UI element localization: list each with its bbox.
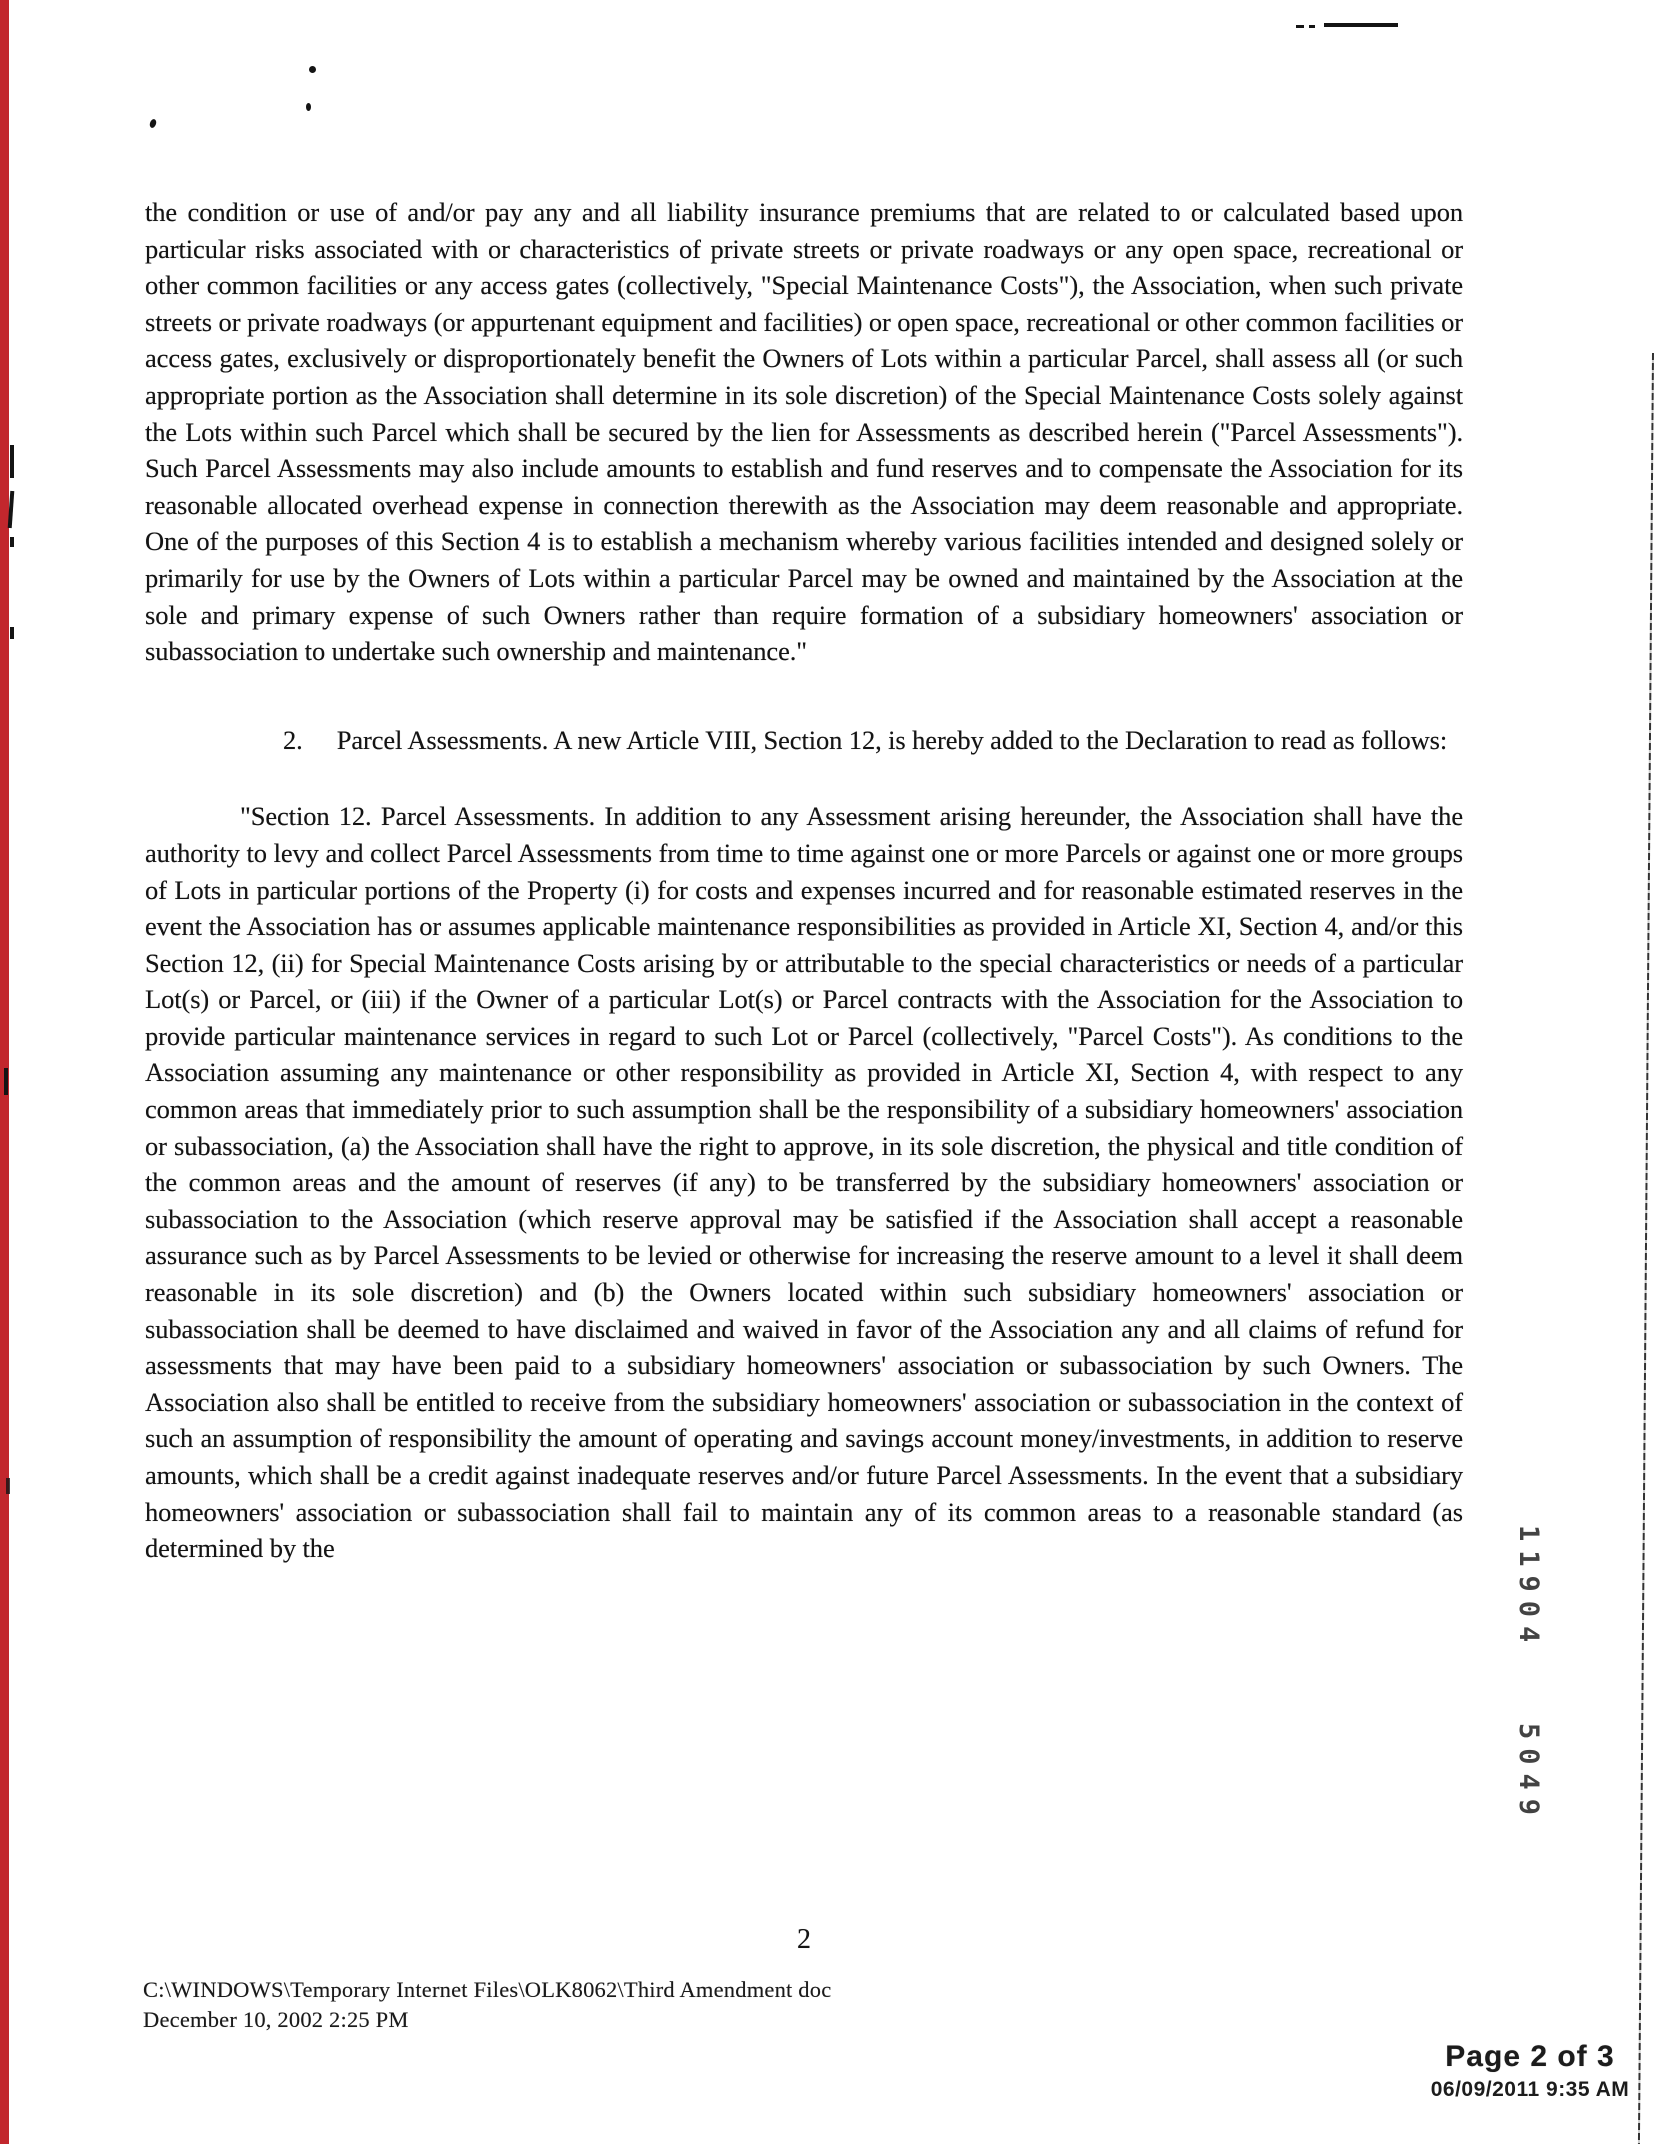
item-number: 2. bbox=[283, 725, 303, 755]
margin-tick bbox=[10, 445, 14, 478]
margin-tick bbox=[10, 627, 14, 639]
right-edge-line bbox=[1638, 353, 1654, 2144]
margin-tick bbox=[4, 1068, 8, 1095]
recorder-stamp-top: 11904 bbox=[1513, 1525, 1544, 1651]
print-stamp: Page 2 of 3 06/09/2011 9:35 AM bbox=[1410, 2040, 1650, 2102]
margin-tick bbox=[10, 537, 14, 547]
print-stamp-datetime: 06/09/2011 9:35 AM bbox=[1410, 2078, 1650, 2102]
scan-dash bbox=[1309, 25, 1315, 28]
scan-dash bbox=[1296, 25, 1304, 28]
scan-speck bbox=[149, 118, 158, 129]
scan-speck bbox=[306, 103, 311, 111]
print-stamp-page-label: Page 2 of 3 bbox=[1410, 2040, 1650, 2074]
item-text: Parcel Assessments. A new Article VIII, … bbox=[337, 725, 1447, 755]
scanned-document-page: the condition or use of and/or pay any a… bbox=[0, 0, 1664, 2144]
document-body: the condition or use of and/or pay any a… bbox=[145, 194, 1463, 1567]
paragraph-section-12: "Section 12. Parcel Assessments. In addi… bbox=[145, 798, 1463, 1566]
margin-tick bbox=[6, 1478, 10, 1494]
footer-saved-datetime: December 10, 2002 2:25 PM bbox=[143, 2007, 409, 2033]
footer-file-path: C:\WINDOWS\Temporary Internet Files\OLK8… bbox=[143, 1977, 831, 2003]
recorder-margin-stamp: 11904 5049 bbox=[1498, 1525, 1544, 1824]
paragraph-item-2: 2.Parcel Assessments. A new Article VIII… bbox=[145, 722, 1463, 759]
recorder-stamp-bottom: 5049 bbox=[1513, 1723, 1544, 1824]
scan-speck bbox=[309, 66, 316, 73]
page-number: 2 bbox=[145, 1924, 1463, 1956]
paragraph-special-maintenance-costs: the condition or use of and/or pay any a… bbox=[145, 194, 1463, 670]
scan-line bbox=[1324, 23, 1398, 27]
